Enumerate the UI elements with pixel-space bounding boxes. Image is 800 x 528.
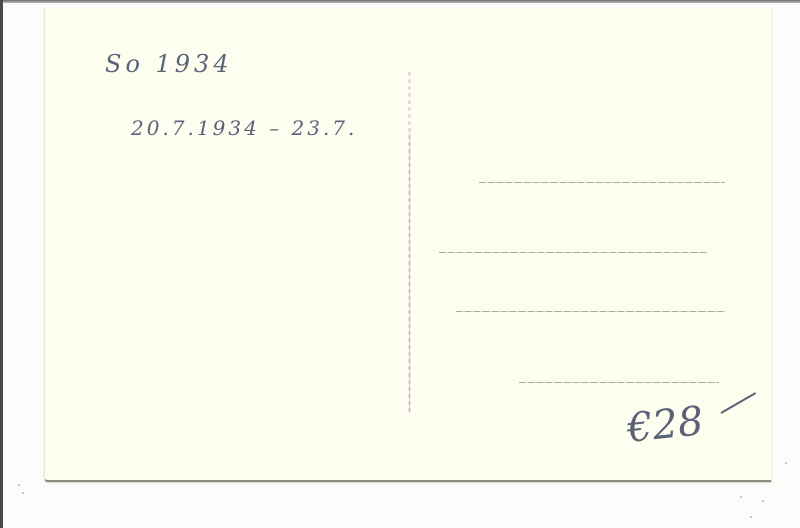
handwritten-dates: 20.7.1934 – 23.7. — [131, 116, 357, 140]
handwritten-reference: So 1934 — [105, 50, 233, 78]
address-line-4 — [519, 382, 719, 383]
postcard-back: So 1934 20.7.1934 – 23.7. €28 — [44, 8, 772, 482]
scan-left-edge — [0, 0, 3, 528]
dust-speck — [750, 516, 752, 518]
address-line-2 — [439, 252, 707, 253]
dust-speck — [22, 492, 24, 494]
publisher-imprint-text — [409, 133, 410, 413]
price-stroke — [721, 392, 757, 414]
address-line-1 — [479, 182, 725, 183]
address-line-3 — [456, 311, 726, 312]
handwritten-price: €28 — [625, 398, 706, 452]
dust-speck — [762, 500, 764, 502]
scanned-postcard: So 1934 20.7.1934 – 23.7. €28 — [0, 0, 800, 528]
dust-speck — [18, 484, 20, 486]
dust-speck — [740, 496, 742, 498]
dust-speck — [785, 462, 787, 464]
scan-top-edge — [0, 0, 800, 3]
